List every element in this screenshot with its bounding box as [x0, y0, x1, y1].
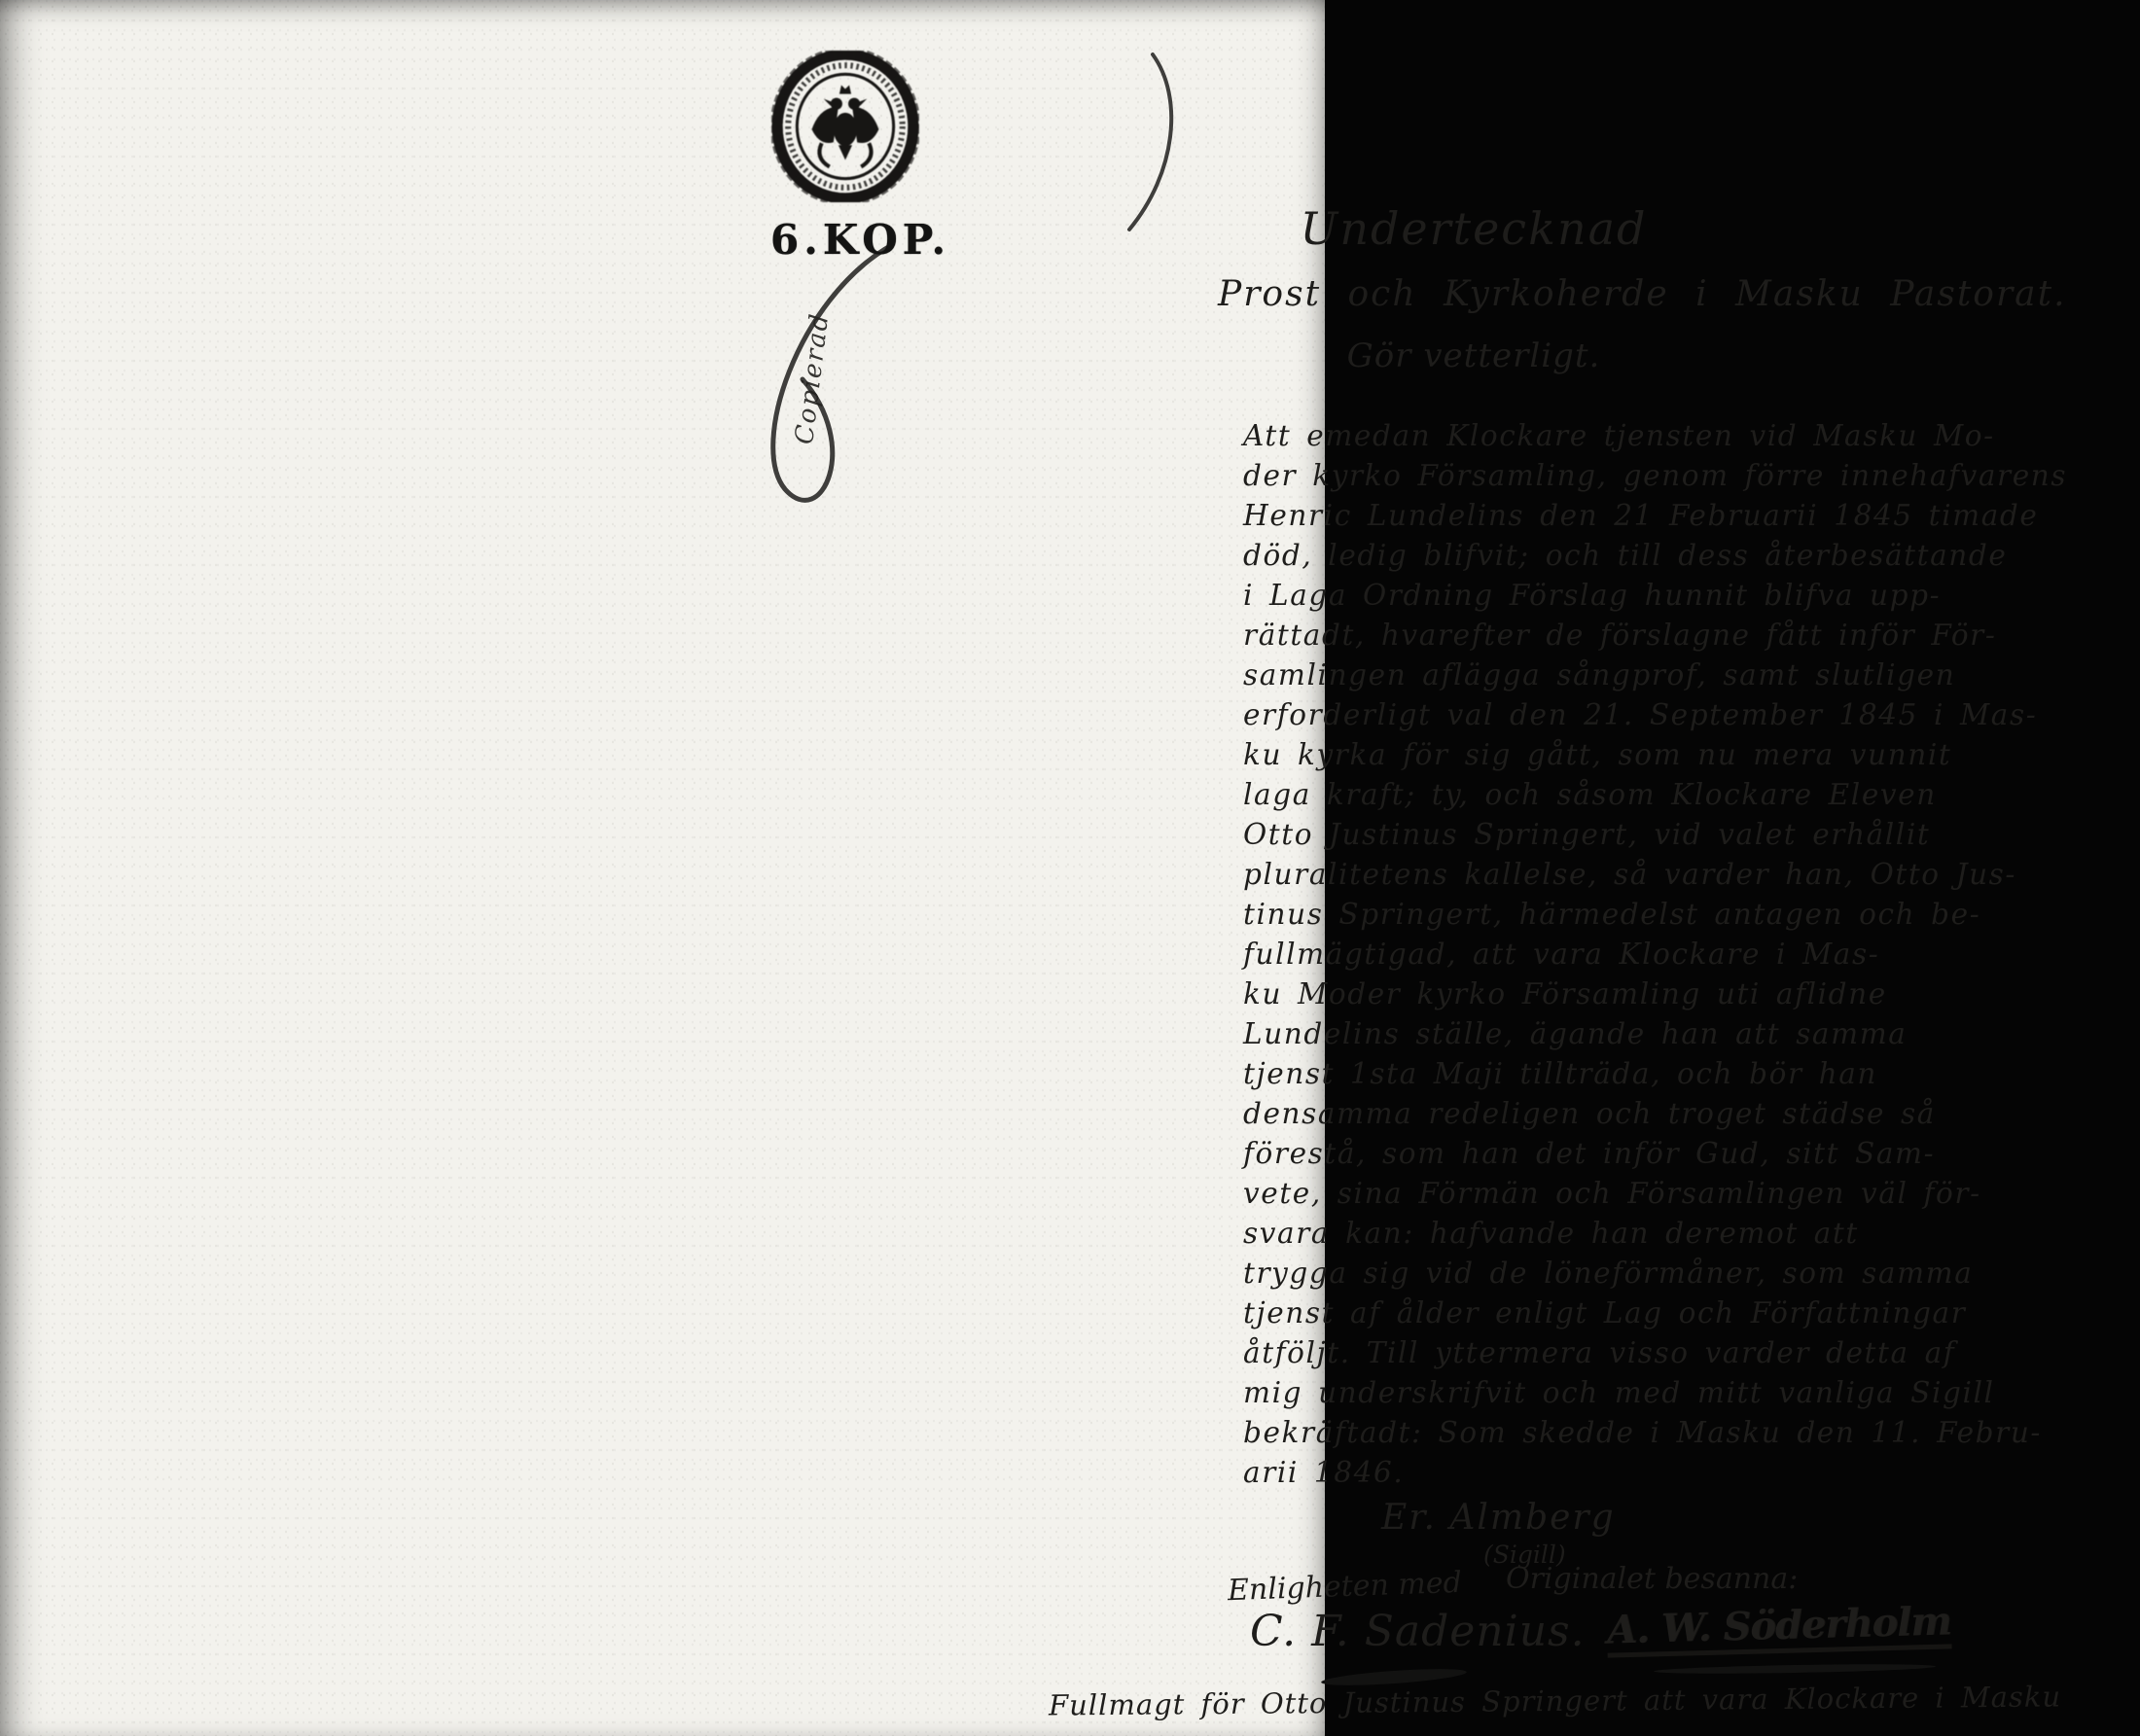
pen-flourish [744, 27, 1221, 552]
body-line: förestå, som han det inför Gud, sitt Sam… [1243, 1134, 2055, 1174]
signature-soderholm: A. W. Söderholm [1606, 1598, 1951, 1657]
signature-sadenius: C. F. Sadenius. [1250, 1607, 1586, 1656]
body-line: Lundelins ställe, ägande han att samma [1243, 1014, 2055, 1054]
six-kopek-stamp-text: 6.KOP. [770, 216, 950, 264]
heading-undertecknad: Undertecknad [1265, 202, 1683, 255]
body-line: svara kan: hafvande han deremot att [1243, 1214, 2055, 1254]
body-line: tjenst 1sta Maji tillträda, och bör han [1243, 1054, 2055, 1094]
body-line: tinus Springert, härmedelst antagen och … [1243, 895, 2055, 935]
body-line: ku kyrka för sig gått, som nu mera vunni… [1243, 735, 2055, 775]
attestation-left: Enligheten med [1227, 1566, 1462, 1608]
body-line: i Laga Ordning Förslag hunnit blifva upp… [1243, 576, 2055, 616]
body-line: der kyrko Församling, genom förre inneha… [1243, 456, 2055, 496]
signature-er-almberg: Er. Almberg [1381, 1498, 1616, 1538]
body-line: rättadt, hvarefter de förslagne fått inf… [1243, 616, 2055, 655]
body-line: pluralitetens kallelse, så varder han, O… [1243, 855, 2055, 895]
body-line: död, ledig blifvit; och till dess återbe… [1243, 536, 2055, 576]
body-line: åtföljt. Till yttermera visso varder det… [1243, 1333, 2055, 1373]
body-line: Att emedan Klockare tjensten vid Masku M… [1243, 416, 2055, 456]
body-text: Att emedan Klockare tjensten vid Masku M… [1243, 416, 2055, 1493]
scanned-archival-document: 6.KOP. ram Gerens allerödmjukast jag, at… [0, 0, 2140, 1736]
body-line: tjenst af ålder enligt Lag och Författni… [1243, 1293, 2055, 1333]
body-line: Otto Justinus Springert, vid valet erhål… [1243, 815, 2055, 855]
body-line: trygga sig vid de löneförmåner, som samm… [1243, 1254, 2055, 1293]
body-line: fullmägtigad, att vara Klockare i Mas- [1243, 935, 2055, 974]
heading-gor-vetterligt: Gör vetterligt. [1294, 337, 1654, 375]
heading-title-line: Prost och Kyrkoherde i Masku Pastorat. [1218, 274, 2067, 314]
body-line: vete, sina Förmän och Församlingen väl f… [1243, 1174, 2055, 1214]
body-line: laga kraft; ty, och såsom Klockare Eleve… [1243, 775, 2055, 815]
body-line: ku Moder kyrko Församling uti aflidne [1243, 974, 2055, 1014]
body-line: bekräftadt: Som skedde i Masku den 11. F… [1243, 1413, 2055, 1453]
body-line: arii 1846. [1243, 1453, 2055, 1493]
attestation-right: Originalet besanna: [1506, 1562, 1798, 1596]
body-line: densamma redeligen och troget städse så [1243, 1094, 2055, 1134]
body-line: mig underskrifvit och med mitt vanliga S… [1243, 1373, 2055, 1413]
body-line: erforderligt val den 21. September 1845 … [1243, 695, 2055, 735]
ink-underline-blob [1654, 1662, 1936, 1675]
body-line: samlingen aflägga sångprof, samt slutlig… [1243, 655, 2055, 695]
body-line: Henric Lundelins den 21 Februarii 1845 t… [1243, 496, 2055, 536]
